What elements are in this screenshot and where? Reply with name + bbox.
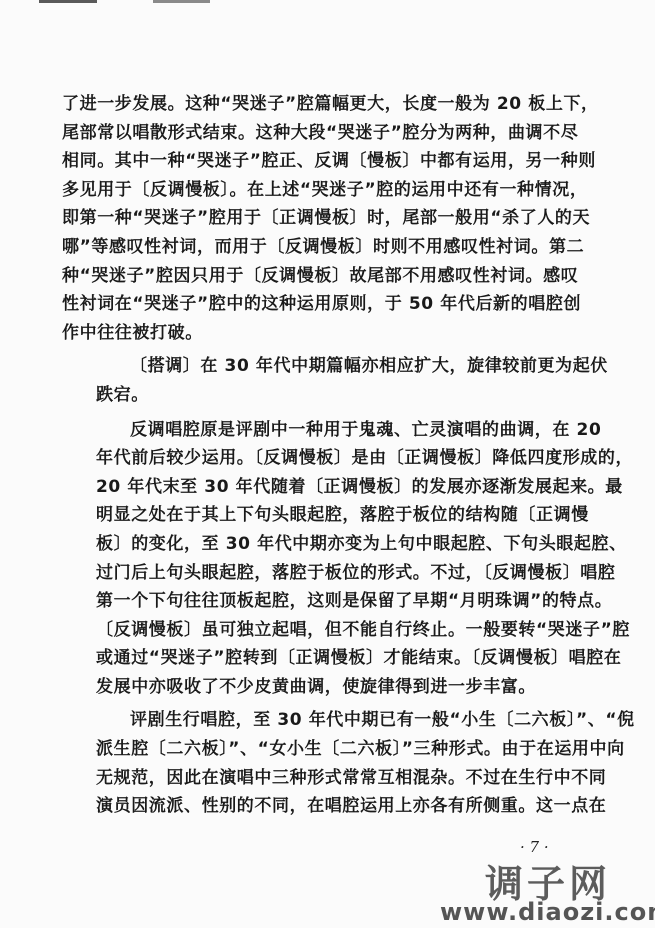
text-line: 派生腔〔二六板〕”、“女小生〔二六板〕”三种形式。由于在运用中向 [62,735,602,764]
text-line: 第一个下句往往顶板起腔，这则是保留了早期“月明珠调”的特点。 [62,587,602,616]
text-line: 〔搭调〕在 30 年代中期篇幅亦相应扩大，旋律较前更为起伏 [62,352,602,381]
text-line: 过门后上句头眼起腔，落腔于板位的形式。不过，〔反调慢板〕唱腔 [62,559,602,588]
text-line: 演员因流派、性别的不同，在唱腔运用上亦各有所侧重。这一点在 [62,792,602,821]
text-line: 年代前后较少运用。〔反调慢板〕是由〔正调慢板〕降低四度形成的， [62,444,602,473]
text-line: 性衬词在“哭迷子”腔中的这种运用原则，于 50 年代后新的唱腔创 [62,290,602,319]
text-line: 〔反调慢板〕虽可独立起唱，但不能自行终止。一般要转“哭迷子”腔 [62,616,602,645]
text-line: 或通过“哭迷子”腔转到〔正调慢板〕才能结束。〔反调慢板〕唱腔在 [62,644,602,673]
text-line: 作中往往被打破。 [62,319,602,348]
text-line: 无规范，因此在演唱中三种形式常常互相混杂。不过在生行中不同 [62,764,602,793]
paragraph: 〔搭调〕在 30 年代中期篇幅亦相应扩大，旋律较前更为起伏 跌宕。 [62,352,602,409]
text-line: 相同。其中一种“哭迷子”腔正、反调〔慢板〕中都有运用，另一种则 [62,147,602,176]
text-line: 反调唱腔原是评剧中一种用于鬼魂、亡灵演唱的曲调，在 20 [62,416,602,445]
watermark-url: www.diaozi.com [440,898,655,926]
scan-edge-bar [153,0,210,3]
paragraph: 评剧生行唱腔，至 30 年代中期已有一般“小生〔二六板〕”、“倪 派生腔〔二六板… [62,706,602,820]
text-line: 20 年代末至 30 年代随着〔正调慢板〕的发展亦逐渐发展起来。最 [62,473,602,502]
text-line: 种“哭迷子”腔因只用于〔反调慢板〕故尾部不用感叹性衬词。感叹 [62,262,602,291]
page-body: 了进一步发展。这种“哭迷子”腔篇幅更大，长度一般为 20 板上下， 尾部常以唱散… [62,90,602,821]
text-line: 即第一种“哭迷子”腔用于〔正调慢板〕时，尾部一般用“杀了人的天 [62,204,602,233]
text-line: 评剧生行唱腔，至 30 年代中期已有一般“小生〔二六板〕”、“倪 [62,706,602,735]
text-line: 跌宕。 [62,381,602,410]
text-line: 尾部常以唱散形式结束。这种大段“哭迷子”腔分为两种，曲调不尽 [62,119,602,148]
paragraph: 反调唱腔原是评剧中一种用于鬼魂、亡灵演唱的曲调，在 20 年代前后较少运用。〔反… [62,416,602,702]
text-line: 发展中亦吸收了不少皮黄曲调，使旋律得到进一步丰富。 [62,673,602,702]
text-line: 板〕的变化，至 30 年代中期亦变为上句中眼起腔、下句头眼起腔、 [62,530,602,559]
text-line: 了进一步发展。这种“哭迷子”腔篇幅更大，长度一般为 20 板上下， [62,90,602,119]
text-line: 哪”等感叹性衬词，而用于〔反调慢板〕时则不用感叹性衬词。第二 [62,233,602,262]
scan-edge-bar [39,0,97,3]
text-line: 明显之处在于其上下句头眼起腔，落腔于板位的结构随〔正调慢 [62,501,602,530]
paragraph: 了进一步发展。这种“哭迷子”腔篇幅更大，长度一般为 20 板上下， 尾部常以唱散… [62,90,602,347]
text-line: 多见用于〔反调慢板〕。在上述“哭迷子”腔的运用中还有一种情况， [62,176,602,205]
